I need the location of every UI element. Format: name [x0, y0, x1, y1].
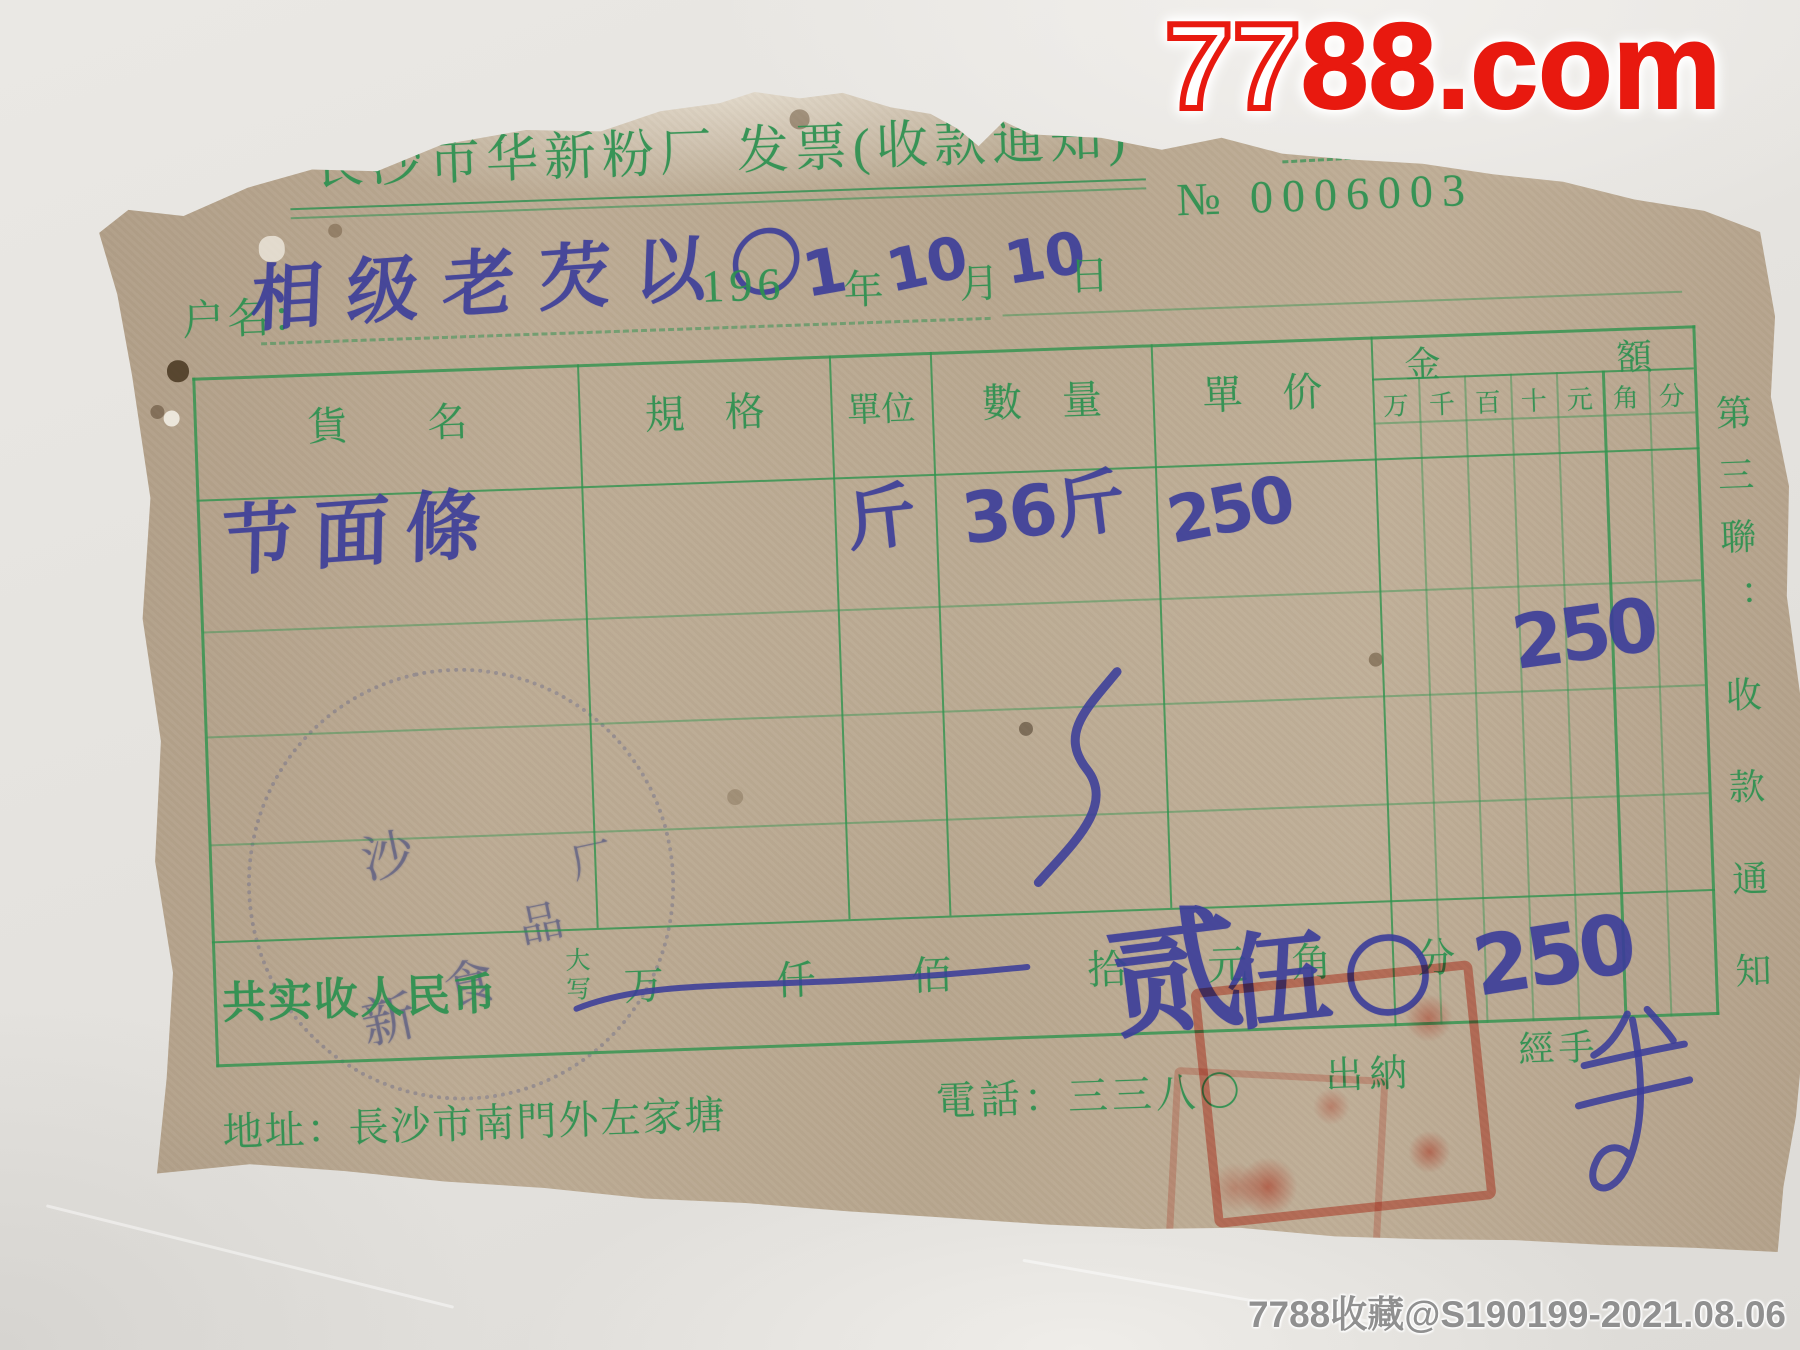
- column-line-qty: [1151, 344, 1173, 908]
- header-unit-price: 單 价: [1151, 359, 1373, 424]
- header-amount-left: 金: [1404, 336, 1442, 388]
- serial-number: 0006003: [1249, 164, 1475, 223]
- serial-dash-marks: [1282, 155, 1377, 163]
- signature-stroke: [1578, 1080, 1691, 1106]
- big-s-squiggle: [1031, 672, 1124, 883]
- digit-header-bai: 百: [1464, 382, 1511, 421]
- serial-label: №: [1176, 173, 1222, 226]
- site-watermark-top: 7788.com: [1165, 6, 1785, 136]
- month-label: 月: [958, 252, 1000, 310]
- handwritten-total-amount: 250: [1467, 897, 1639, 1016]
- column-line-spec: [829, 355, 851, 919]
- summary-unit-qian: 仟: [775, 948, 817, 1006]
- side-note-part2: 收款通知: [1716, 675, 1780, 1045]
- address-text: 地址：長沙市南門外左家塘: [221, 1084, 727, 1159]
- header-goods-name: 貨 名: [195, 386, 580, 456]
- digit-header-wan: 万: [1372, 385, 1419, 424]
- summary-daxie-label: 大写: [556, 946, 594, 1005]
- red-stamp-secondary: [1166, 1067, 1389, 1250]
- receipt-paper: 沙 新 食 品 厂 长沙市华新粉厂 发票(收款通知) № 0006003 户名：…: [95, 56, 1800, 1315]
- year-label: 年: [842, 258, 884, 316]
- handwritten-unit: 斤: [840, 458, 920, 566]
- digit-header-yuan: 元: [1556, 379, 1603, 418]
- digit-header-fen: 分: [1648, 375, 1695, 414]
- digit-header-qian: 千: [1418, 383, 1465, 422]
- side-note-part1: 第三聯：: [1711, 393, 1760, 642]
- table-left-border: [192, 378, 219, 1068]
- header-amount-right: 額: [1615, 329, 1653, 381]
- table-row-line: [203, 579, 1701, 633]
- serial-number-line: № 0006003: [1176, 163, 1475, 226]
- round-seal-char: 品: [512, 884, 568, 956]
- digit-header-jiao: 角: [1602, 377, 1649, 416]
- digit-column-line: [1648, 369, 1673, 1017]
- summary-unit-wan: 万: [623, 954, 665, 1012]
- header-unit: 單位: [830, 380, 933, 432]
- header-spec: 規 格: [578, 378, 832, 444]
- serial-dash-marks: [1409, 145, 1504, 153]
- copy-number-side-note: 第三聯： 收款通知: [1706, 393, 1786, 1234]
- handwritten-unit-price: 250: [1162, 462, 1298, 558]
- day-label: 日: [1068, 244, 1110, 302]
- summary-unit-bai: 佰: [910, 944, 952, 1002]
- background-crease: [46, 1204, 454, 1309]
- handwritten-goods-name: 节面條: [221, 462, 498, 591]
- watermark-hollow-part: 77: [1165, 0, 1301, 134]
- handwritten-quantity: 36斤: [956, 445, 1129, 565]
- collection-watermark-bottom: 7788收藏@S190199-2021.08.06: [1248, 1284, 1786, 1338]
- header-quantity: 數 量: [931, 366, 1154, 431]
- digit-header-shi: 十: [1510, 380, 1557, 419]
- round-seal-char: 沙: [354, 810, 420, 894]
- column-line-unit: [930, 352, 952, 916]
- year-printed: 196: [700, 257, 786, 313]
- summary-label: 共实收人民币: [221, 957, 499, 1031]
- round-seal-char: 厂: [565, 824, 619, 891]
- watermark-solid-part: 88.com: [1301, 0, 1721, 134]
- paper-stain-specks: [95, 115, 103, 123]
- handler-label: 經手: [1518, 1019, 1600, 1073]
- handwritten-amount-row1: 250: [1507, 582, 1660, 687]
